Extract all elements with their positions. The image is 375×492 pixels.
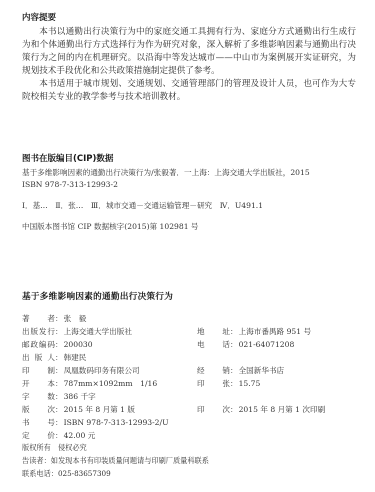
info-row-publisher-person: 出 版 人：韩建民 [22, 352, 86, 363]
contact-phone: 联系电话：025-83657309 [22, 469, 111, 479]
info-value: 上海交通大学出版社 [64, 326, 132, 337]
info-row-publisher: 出版发行：上海交通大学出版社 [22, 326, 132, 337]
book-title: 基于多维影响因素的通勤出行决策行为 [22, 290, 173, 302]
info-label: 开 本 [22, 378, 55, 389]
info-row-address: 地 址：上海市番禺路 951 号 [197, 326, 311, 337]
info-label: 出版发行 [22, 326, 55, 337]
info-value: 2015 年 8 月第 1 次印刷 [239, 404, 326, 415]
summary-text: 本书以通勤出行决策行为中的家庭交通工具拥有行为、家庭分方式通勤出行生成行为和个体… [22, 26, 356, 104]
info-value: 021-64071208 [239, 340, 295, 349]
info-label: 出 版 人 [22, 352, 55, 363]
info-value: 张 毅 [64, 313, 87, 324]
info-label: 定 价 [22, 430, 55, 441]
info-value: 上海市番禺路 951 号 [239, 326, 311, 337]
cip-isbn-line: ISBN 978-7-313-12993-2 [22, 180, 118, 189]
info-row-phone: 电 话：021-64071208 [197, 339, 294, 350]
info-label: 著 者 [22, 313, 55, 324]
info-value: 42.00 元 [64, 430, 96, 441]
cip-title-line: 基于多维影响因素的通勤出行决策行为/张毅著．一上海：上海交通大学出版社，2015 [22, 167, 310, 178]
info-value: 386 千字 [64, 391, 96, 402]
info-row-postcode: 邮政编码：200030 [22, 339, 93, 350]
info-label: 字 数 [22, 391, 55, 402]
reader-notice: 告读者：如发现本书有印装质量问题请与印刷厂质量科联系 [22, 456, 209, 466]
info-value: ISBN 978-7-313-12993-2/U [64, 418, 169, 427]
copyright-notice: 版权所有 侵权必究 [22, 443, 87, 453]
info-label: 邮政编码 [22, 339, 55, 350]
info-row-distributor: 经 销：全国新华书店 [197, 365, 284, 376]
info-row-isbn: 书 号：ISBN 978-7-313-12993-2/U [22, 417, 168, 428]
info-row-price: 定 价：42.00 元 [22, 430, 95, 441]
info-label: 地 址 [197, 326, 230, 337]
info-value: 15.75 [239, 379, 261, 388]
cip-record-number: 中国版本图书馆 CIP 数据核字(2015)第 102981 号 [22, 221, 199, 232]
info-label: 书 号 [22, 417, 55, 428]
info-row-sheets: 印 张：15.75 [197, 378, 260, 389]
info-label: 印 次 [197, 404, 230, 415]
summary-paragraph-2: 本书适用于城市规划、交通规划、交通管理部门的管理及设计人员，也可作为大专院校相关… [22, 78, 356, 104]
info-row-printing: 印 次：2015 年 8 月第 1 次印刷 [197, 404, 325, 415]
info-row-edition: 版 次：2015 年 8 月第 1 版 [22, 404, 135, 415]
info-label: 印 张 [197, 378, 230, 389]
info-label: 版 次 [22, 404, 55, 415]
summary-paragraph-1: 本书以通勤出行决策行为中的家庭交通工具拥有行为、家庭分方式通勤出行生成行为和个体… [22, 26, 356, 78]
info-label: 经 销 [197, 365, 230, 376]
summary-heading: 内容提要 [22, 11, 56, 23]
info-value: 2015 年 8 月第 1 版 [64, 404, 135, 415]
cip-heading: 图书在版编目(CIP)数据 [22, 152, 113, 164]
info-label: 电 话 [197, 339, 230, 350]
info-row-author: 著 者：张 毅 [22, 313, 86, 324]
cip-classification: Ⅰ．基… Ⅱ．张… Ⅲ．城市交通－交通运输管理－研究 Ⅳ．U491.1 [22, 200, 263, 211]
info-value: 凤凰数码印务有限公司 [64, 365, 140, 376]
info-label: 印 制 [22, 365, 55, 376]
info-row-word-count: 字 数：386 千字 [22, 391, 96, 402]
info-value: 全国新华书店 [239, 365, 285, 376]
info-value: 韩建民 [64, 352, 87, 363]
info-value: 787mm×1092mm 1/16 [64, 378, 158, 389]
info-value: 200030 [64, 340, 93, 349]
info-row-format: 开 本：787mm×1092mm 1/16 [22, 378, 157, 389]
info-row-printer: 印 制：凤凰数码印务有限公司 [22, 365, 140, 376]
